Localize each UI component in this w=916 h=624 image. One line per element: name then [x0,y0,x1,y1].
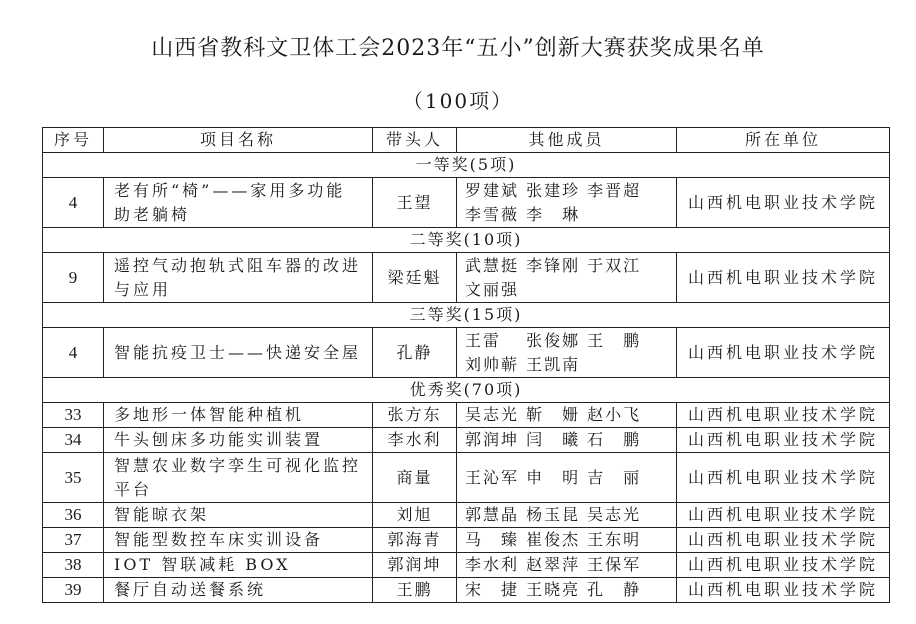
other-members: 马 臻 崔俊杰 王东明 [457,528,677,553]
leader: 刘旭 [373,503,457,528]
unit: 山西机电职业技术学院 [677,328,890,378]
project-name: 老有所“椅”——家用多功能 助老躺椅 [104,178,373,228]
project-name-line: 助老躺椅 [114,203,372,227]
row-number: 33 [43,403,104,428]
project-name-line: 遥控气动抱轨式阻车器的改进 [114,254,372,278]
members-line: 李雪薇 李 琳 [465,203,676,227]
other-members: 宋 捷 王晓亮 孔 静 [457,578,677,603]
other-members: 吴志光 靳 姗 赵小飞 [457,403,677,428]
leader: 孔静 [373,328,457,378]
header-other-members: 其他成员 [457,128,677,153]
table-row: 4 老有所“椅”——家用多功能 助老躺椅 王望 罗建斌 张建珍 李晋超李雪薇 李… [43,178,890,228]
leader: 王望 [373,178,457,228]
project-name-line: 智慧农业数字孪生可视化监控 [114,454,372,478]
unit: 山西机电职业技术学院 [677,528,890,553]
table-header-row: 序号 项目名称 带头人 其他成员 所在单位 [43,128,890,153]
project-name-line: 与应用 [114,278,372,302]
other-members: 武慧挺 李锋刚 于双江文丽强 [457,253,677,303]
leader: 张方东 [373,403,457,428]
other-members: 王雷 张俊娜 王 鹏刘帅蕲 王凯南 [457,328,677,378]
header-number: 序号 [43,128,104,153]
unit: 山西机电职业技术学院 [677,503,890,528]
header-unit: 所在单位 [677,128,890,153]
leader: 商量 [373,453,457,503]
other-members: 郭润坤 闫 曦 石 鹏 [457,428,677,453]
header-project-name: 项目名称 [104,128,373,153]
section-row-second-prize: 二等奖(10项) [43,228,890,253]
members-line: 王雷 张俊娜 王 鹏 [465,329,676,353]
project-name: 智慧农业数字孪生可视化监控 平台 [104,453,373,503]
row-number: 4 [43,328,104,378]
row-number: 4 [43,178,104,228]
project-name: 智能抗疫卫士——快递安全屋 [104,328,373,378]
leader: 李水利 [373,428,457,453]
table-row: 39 餐厅自动送餐系统 王鹏 宋 捷 王晓亮 孔 静 山西机电职业技术学院 [43,578,890,603]
unit: 山西机电职业技术学院 [677,178,890,228]
members-line: 刘帅蕲 王凯南 [465,353,676,377]
section-label: 一等奖(5项) [43,153,890,178]
unit: 山西机电职业技术学院 [677,428,890,453]
document-title: 山西省教科文卫体工会2023年“五小”创新大赛获奖成果名单 [0,34,916,64]
row-number: 9 [43,253,104,303]
project-name: 智能晾衣架 [104,503,373,528]
table-row: 36 智能晾衣架 刘旭 郭慧晶 杨玉昆 吴志光 山西机电职业技术学院 [43,503,890,528]
members-line: 文丽强 [465,278,676,302]
other-members: 郭慧晶 杨玉昆 吴志光 [457,503,677,528]
other-members: 李水利 赵翠萍 王保军 [457,553,677,578]
section-label: 优秀奖(70项) [43,378,890,403]
project-name-line: 老有所“椅”——家用多功能 [114,179,372,203]
row-number: 39 [43,578,104,603]
project-name: 多地形一体智能种植机 [104,403,373,428]
project-name-line: 平台 [114,478,372,502]
project-name: 餐厅自动送餐系统 [104,578,373,603]
section-row-third-prize: 三等奖(15项) [43,303,890,328]
section-row-excellence-prize: 优秀奖(70项) [43,378,890,403]
unit: 山西机电职业技术学院 [677,253,890,303]
leader: 王鹏 [373,578,457,603]
unit: 山西机电职业技术学院 [677,578,890,603]
unit: 山西机电职业技术学院 [677,403,890,428]
project-name: 牛头刨床多功能实训装置 [104,428,373,453]
table-row: 34 牛头刨床多功能实训装置 李水利 郭润坤 闫 曦 石 鹏 山西机电职业技术学… [43,428,890,453]
table-row: 9 遥控气动抱轨式阻车器的改进 与应用 梁廷魁 武慧挺 李锋刚 于双江文丽强 山… [43,253,890,303]
members-line: 武慧挺 李锋刚 于双江 [465,254,676,278]
row-number: 35 [43,453,104,503]
row-number: 34 [43,428,104,453]
header-leader: 带头人 [373,128,457,153]
other-members: 王沁军 申 明 吉 丽 [457,453,677,503]
section-row-first-prize: 一等奖(5项) [43,153,890,178]
award-table: 序号 项目名称 带头人 其他成员 所在单位 一等奖(5项) 4 老有所“椅”——… [42,127,890,603]
project-name: 智能型数控车床实训设备 [104,528,373,553]
unit: 山西机电职业技术学院 [677,453,890,503]
table-row: 38 IOT 智联减耗 BOX 郭润坤 李水利 赵翠萍 王保军 山西机电职业技术… [43,553,890,578]
leader: 郭润坤 [373,553,457,578]
members-line: 罗建斌 张建珍 李晋超 [465,179,676,203]
table-row: 33 多地形一体智能种植机 张方东 吴志光 靳 姗 赵小飞 山西机电职业技术学院 [43,403,890,428]
project-name: 遥控气动抱轨式阻车器的改进 与应用 [104,253,373,303]
project-name: IOT 智联减耗 BOX [104,553,373,578]
row-number: 37 [43,528,104,553]
table-row: 37 智能型数控车床实训设备 郭海青 马 臻 崔俊杰 王东明 山西机电职业技术学… [43,528,890,553]
leader: 梁廷魁 [373,253,457,303]
table-row: 4 智能抗疫卫士——快递安全屋 孔静 王雷 张俊娜 王 鹏刘帅蕲 王凯南 山西机… [43,328,890,378]
row-number: 38 [43,553,104,578]
row-number: 36 [43,503,104,528]
table-row: 35 智慧农业数字孪生可视化监控 平台 商量 王沁军 申 明 吉 丽 山西机电职… [43,453,890,503]
document-subtitle: （100项） [0,87,916,115]
section-label: 三等奖(15项) [43,303,890,328]
section-label: 二等奖(10项) [43,228,890,253]
leader: 郭海青 [373,528,457,553]
other-members: 罗建斌 张建珍 李晋超李雪薇 李 琳 [457,178,677,228]
unit: 山西机电职业技术学院 [677,553,890,578]
